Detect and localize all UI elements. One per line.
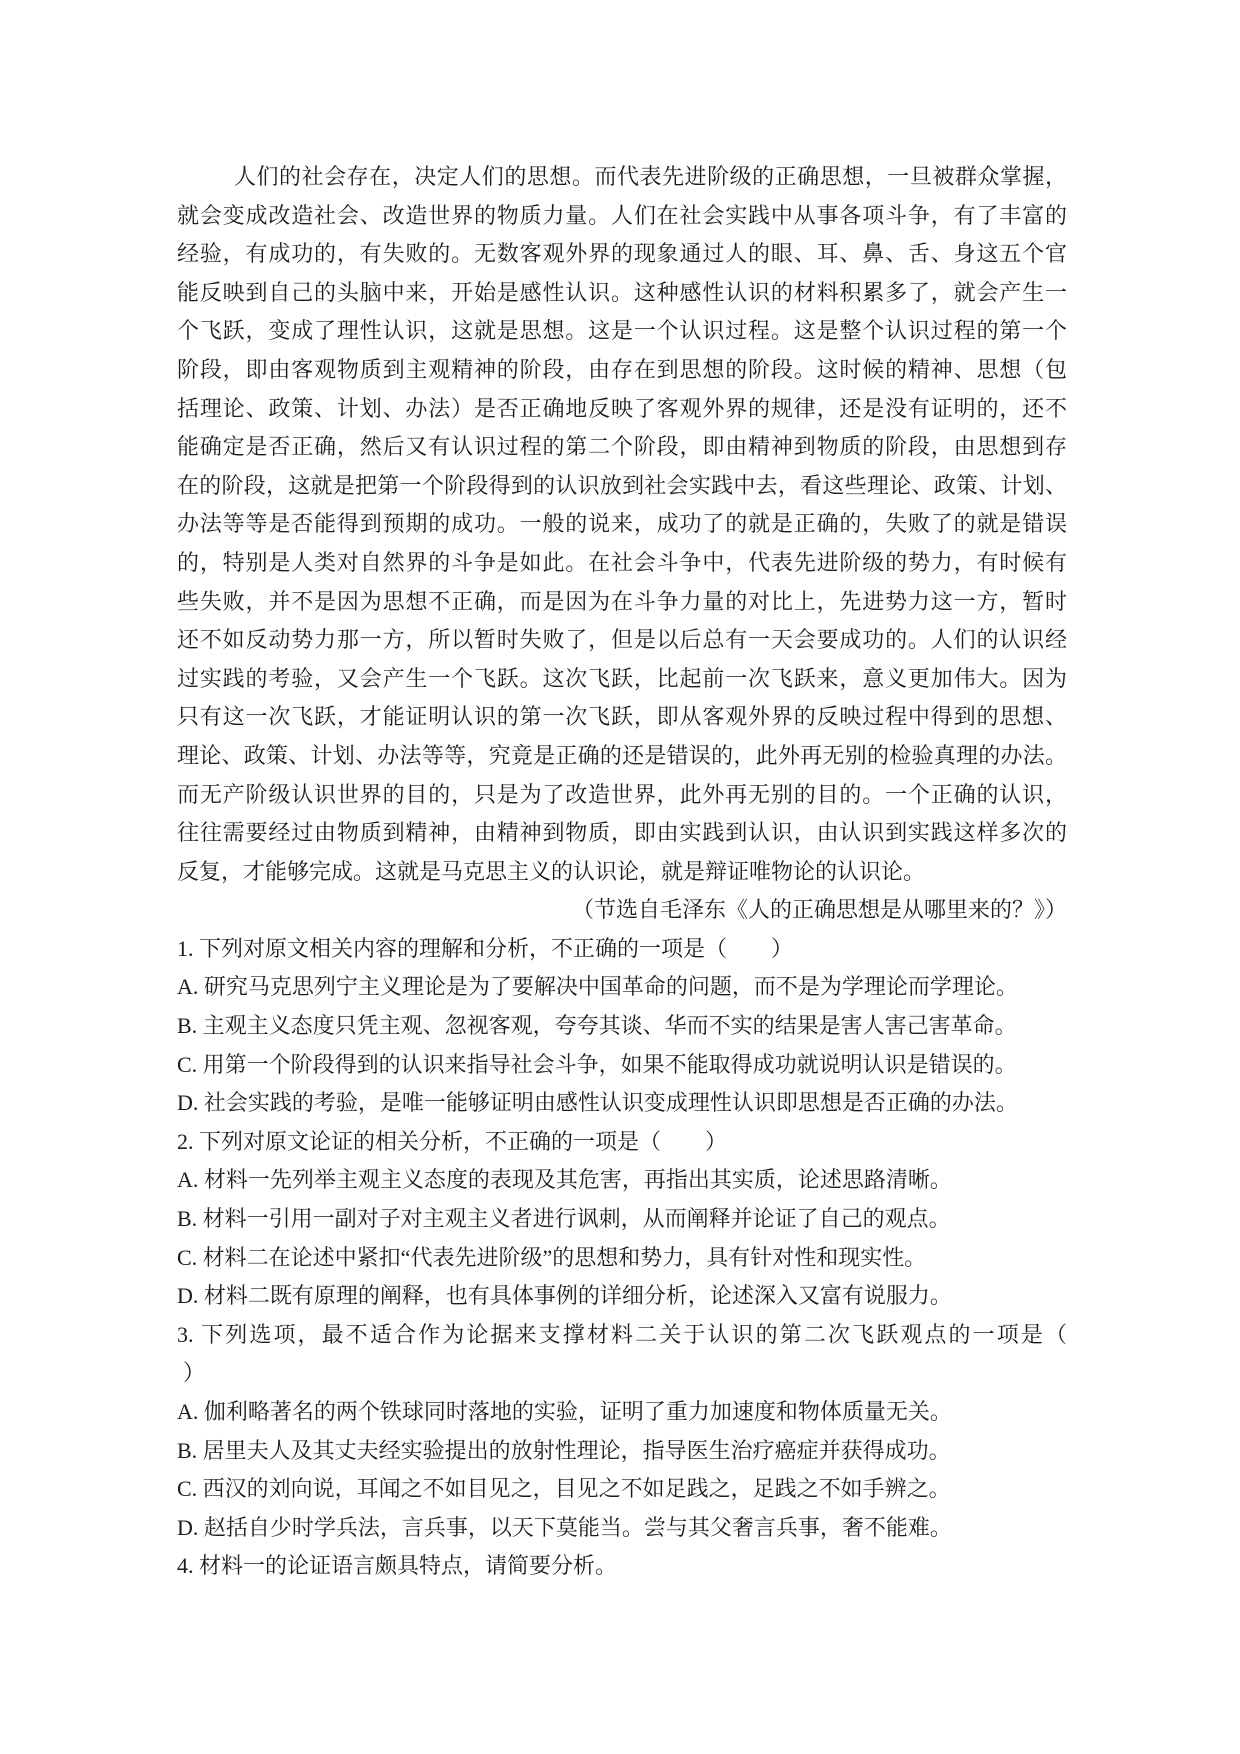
option-D: D. 社会实践的考验，是唯一能够证明由感性认识变成理性认识即思想是否正确的办法。 xyxy=(177,1084,1067,1123)
option-C: C. 用第一个阶段得到的认识来指导社会斗争，如果不能取得成功就说明认识是错误的。 xyxy=(177,1046,1067,1085)
option-D: D. 赵括自少时学兵法，言兵事，以天下莫能当。尝与其父奢言兵事，奢不能难。 xyxy=(177,1509,1067,1548)
option-A: A. 材料一先列举主观主义态度的表现及其危害，再指出其实质，论述思路清晰。 xyxy=(177,1161,1067,1200)
questions-section: 1. 下列对原文相关内容的理解和分析，不正确的一项是（ ）A. 研究马克思列宁主… xyxy=(177,930,1067,1586)
option-B: B. 居里夫人及其丈夫经实验提出的放射性理论，指导医生治疗癌症并获得成功。 xyxy=(177,1432,1067,1471)
question-q3: 3. 下列选项，最不适合作为论据来支撑材料二关于认识的第二次飞跃观点的一项是（）… xyxy=(177,1316,1067,1548)
passage-line: 过实践的考验，又会产生一个飞跃。这次飞跃，比起前一次飞跃来，意义更加伟大。因为 xyxy=(177,660,1067,699)
passage-line: 就会变成改造社会、改造世界的物质力量。人们在社会实践中从事各项斗争，有了丰富的 xyxy=(177,197,1067,236)
passage-line: 办法等等是否能得到预期的成功。一般的说来，成功了的就是正确的，失败了的就是错误 xyxy=(177,505,1067,544)
question-stem: 1. 下列对原文相关内容的理解和分析，不正确的一项是（ ） xyxy=(177,930,1067,969)
passage-line: 阶段，即由客观物质到主观精神的阶段，由存在到思想的阶段。这时候的精神、思想（包 xyxy=(177,351,1067,390)
question-stem: 2. 下列对原文论证的相关分析，不正确的一项是（ ） xyxy=(177,1123,1067,1162)
option-A: A. 伽利略著名的两个铁球同时落地的实验，证明了重力加速度和物体质量无关。 xyxy=(177,1393,1067,1432)
passage-line: 而无产阶级认识世界的目的，只是为了改造世界，此外再无别的目的。一个正确的认识， xyxy=(177,776,1067,815)
option-B: B. 主观主义态度只凭主观、忽视客观，夸夸其谈、华而不实的结果是害人害己害革命。 xyxy=(177,1007,1067,1046)
question-stem: 3. 下列选项，最不适合作为论据来支撑材料二关于认识的第二次飞跃观点的一项是（ xyxy=(177,1316,1067,1355)
passage-line: 的，特别是人类对自然界的斗争是如此。在社会斗争中，代表先进阶级的势力，有时候有 xyxy=(177,544,1067,583)
passage-line: 能确定是否正确，然后又有认识过程的第二个阶段，即由精神到物质的阶段，由思想到存 xyxy=(177,428,1067,467)
option-B: B. 材料一引用一副对子对主观主义者进行讽刺，从而阐释并论证了自己的观点。 xyxy=(177,1200,1067,1239)
passage-line: 括理论、政策、计划、办法）是否正确地反映了客观外界的规律，还是没有证明的，还不 xyxy=(177,390,1067,429)
question-q2: 2. 下列对原文论证的相关分析，不正确的一项是（ ）A. 材料一先列举主观主义态… xyxy=(177,1123,1067,1316)
passage-line: 往往需要经过由物质到精神，由精神到物质，即由实践到认识，由认识到实践这样多次的 xyxy=(177,814,1067,853)
passage-line: 反复，才能够完成。这就是马克思主义的认识论，就是辩证唯物论的认识论。 xyxy=(177,853,1067,892)
passage-line: 经验，有成功的，有失败的。无数客观外界的现象通过人的眼、耳、鼻、舌、身这五个官 xyxy=(177,235,1067,274)
option-C: C. 西汉的刘向说，耳闻之不如目见之，目见之不如足践之，足践之不如手辨之。 xyxy=(177,1470,1067,1509)
passage-line: 还不如反动势力那一方，所以暂时失败了，但是以后总有一天会要成功的。人们的认识经 xyxy=(177,621,1067,660)
passage-attribution: （节选自毛泽东《人的正确思想是从哪里来的？》） xyxy=(177,891,1067,930)
question-stem: 4. 材料一的论证语言颇具特点，请简要分析。 xyxy=(177,1547,1067,1586)
passage-line: 人们的社会存在，决定人们的思想。而代表先进阶级的正确思想，一旦被群众掌握， xyxy=(177,158,1067,197)
passage-line: 在的阶段，这就是把第一个阶段得到的认识放到社会实践中去，看这些理论、政策、计划、 xyxy=(177,467,1067,506)
passage-line: 些失败，并不是因为思想不正确，而是因为在斗争力量的对比上，先进势力这一方，暂时 xyxy=(177,583,1067,622)
passage-line: 能反映到自己的头脑中来，开始是感性认识。这种感性认识的材料积累多了，就会产生一 xyxy=(177,274,1067,313)
question-stem: ） xyxy=(177,1354,1067,1393)
question-q4: 4. 材料一的论证语言颇具特点，请简要分析。 xyxy=(177,1547,1067,1586)
option-D: D. 材料二既有原理的阐释，也有具体事例的详细分析，论述深入又富有说服力。 xyxy=(177,1277,1067,1316)
passage-line: 理论、政策、计划、办法等等，究竟是正确的还是错误的，此外再无别的检验真理的办法。 xyxy=(177,737,1067,776)
text-block: 人们的社会存在，决定人们的思想。而代表先进阶级的正确思想，一旦被群众掌握，就会变… xyxy=(177,158,1067,1586)
option-A: A. 研究马克思列宁主义理论是为了要解决中国革命的问题，而不是为学理论而学理论。 xyxy=(177,968,1067,1007)
question-q1: 1. 下列对原文相关内容的理解和分析，不正确的一项是（ ）A. 研究马克思列宁主… xyxy=(177,930,1067,1123)
reading-passage: 人们的社会存在，决定人们的思想。而代表先进阶级的正确思想，一旦被群众掌握，就会变… xyxy=(177,158,1067,891)
passage-line: 个飞跃，变成了理性认识，这就是思想。这是一个认识过程。这是整个认识过程的第一个 xyxy=(177,312,1067,351)
passage-line: 只有这一次飞跃，才能证明认识的第一次飞跃，即从客观外界的反映过程中得到的思想、 xyxy=(177,698,1067,737)
option-C: C. 材料二在论述中紧扣“代表先进阶级”的思想和势力，具有针对性和现实性。 xyxy=(177,1239,1067,1278)
